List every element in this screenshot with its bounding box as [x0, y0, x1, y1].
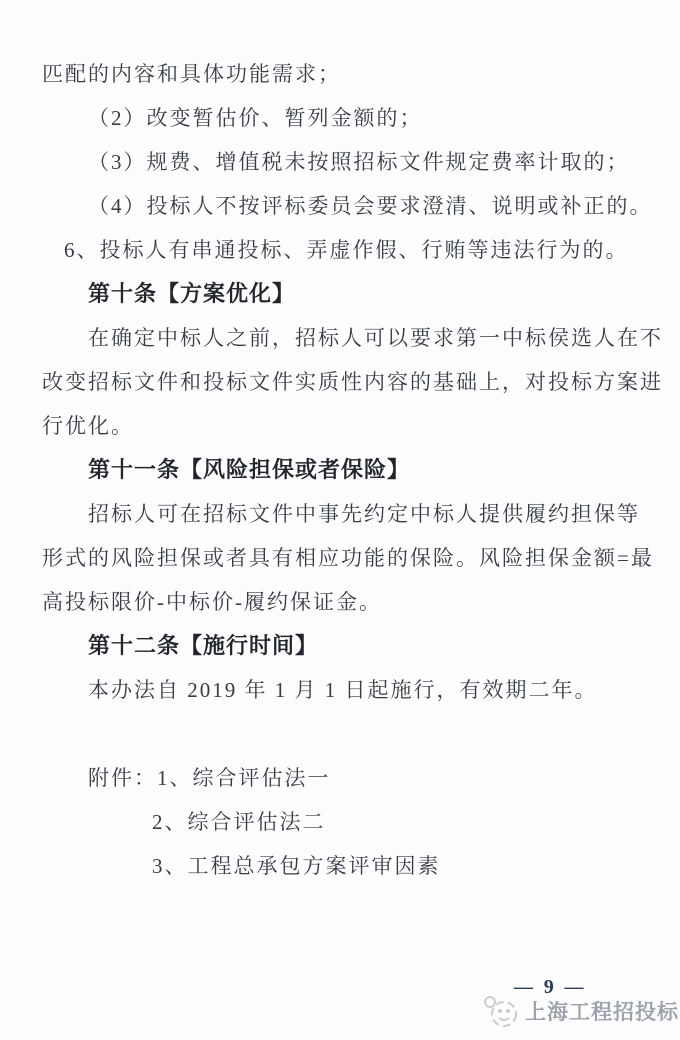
article-heading-12: 第十二条【施行时间】	[0, 624, 680, 668]
paragraph-line: 改变招标文件和投标文件实质性内容的基础上，对投标方案进	[0, 360, 680, 404]
page-number: — 9 —	[514, 976, 676, 999]
list-item: （2）改变暂估价、暂列金额的；	[0, 96, 680, 140]
page-number-value: 9	[544, 976, 557, 998]
paragraph-line: 匹配的内容和具体功能需求；	[0, 52, 680, 96]
page-number-dash-right: —	[565, 977, 587, 998]
list-item: 6、投标人有串通投标、弄虚作假、行贿等违法行为的。	[0, 228, 680, 272]
document-page: 匹配的内容和具体功能需求； （2）改变暂估价、暂列金额的； （3）规费、增值税未…	[0, 52, 680, 888]
attachment-item: 附件：1、综合评估法一	[0, 756, 680, 800]
paragraph-line: 本办法自 2019 年 1 月 1 日起施行，有效期二年。	[0, 668, 680, 712]
attachment-item: 3、工程总承包方案评审因素	[0, 844, 680, 888]
article-heading-10: 第十条【方案优化】	[0, 272, 680, 316]
page-footer: — 9 — 上海工程招投标	[480, 976, 676, 1032]
list-item: （3）规费、增值税未按照招标文件规定费率计取的；	[0, 140, 680, 184]
paragraph-line: 招标人可在招标文件中事先约定中标人提供履约担保等	[0, 492, 680, 536]
brand-logo-text: 上海工程招投标	[525, 996, 679, 1026]
list-item: （4）投标人不按评标委员会要求澄清、说明或补正的。	[0, 184, 680, 228]
article-heading-11: 第十一条【风险担保或者保险】	[0, 448, 680, 492]
attachments-list: 附件：1、综合评估法一 2、综合评估法二 3、工程总承包方案评审因素	[0, 756, 680, 888]
paragraph-line: 行优化。	[0, 404, 680, 448]
page-number-dash-left: —	[514, 977, 536, 998]
paragraph-line: 形式的风险担保或者具有相应功能的保险。风险担保金额=最	[0, 536, 680, 580]
attachment-item: 2、综合评估法二	[0, 800, 680, 844]
paragraph-line: 高投标限价-中标价-履约保证金。	[0, 580, 680, 624]
paragraph-line: 在确定中标人之前，招标人可以要求第一中标侯选人在不	[0, 316, 680, 360]
